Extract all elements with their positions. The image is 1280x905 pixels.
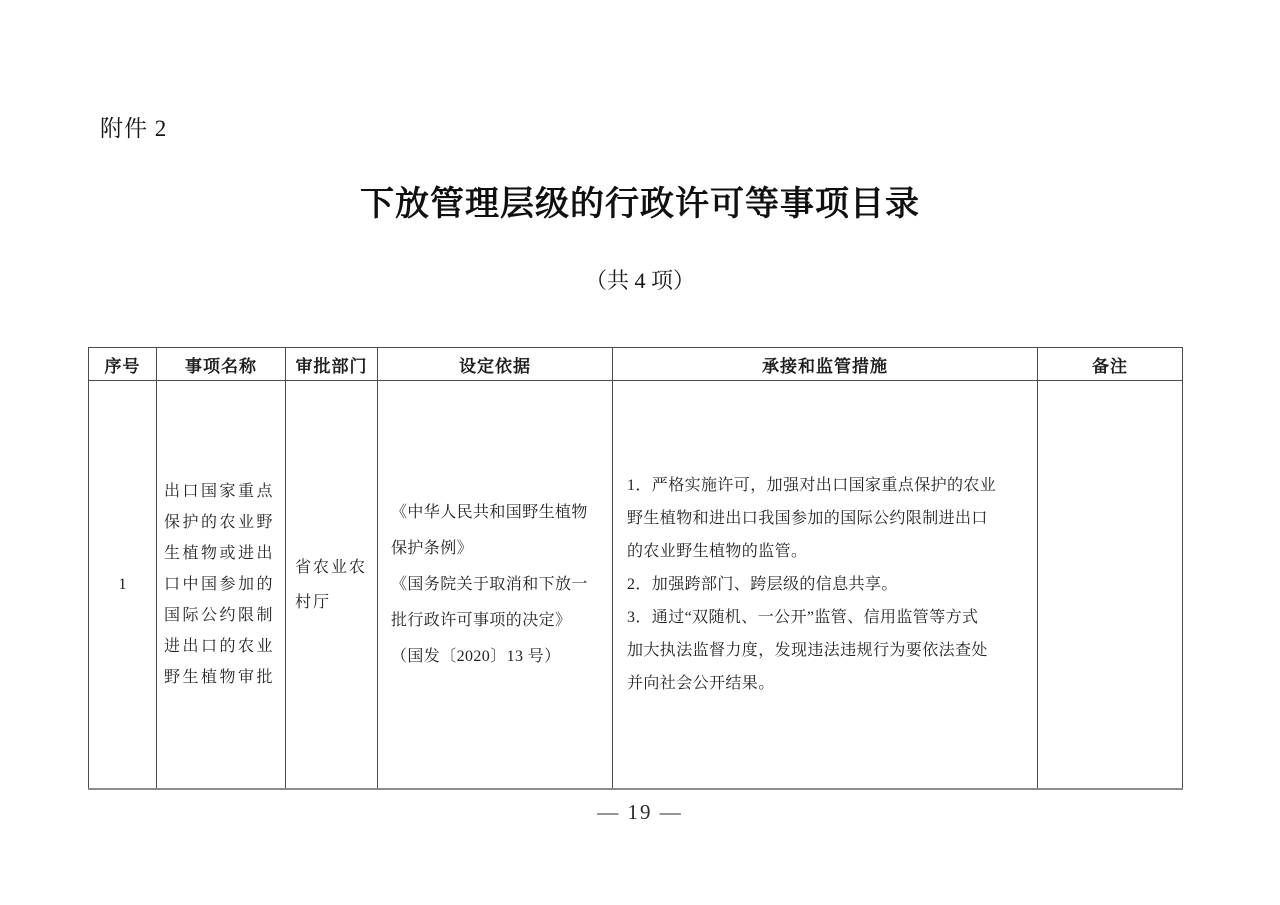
table-header-row: 序号 事项名称 审批部门 设定依据 承接和监管措施 备注 <box>89 348 1183 381</box>
header-item-name: 事项名称 <box>157 348 286 381</box>
document-page: 附件 2 下放管理层级的行政许可等事项目录 （共 4 项） 序号 事项名称 审批… <box>0 0 1280 905</box>
header-seq: 序号 <box>89 348 157 381</box>
item-count-subtitle: （共 4 项） <box>0 264 1280 295</box>
header-remarks: 备注 <box>1038 348 1183 381</box>
cell-item-name: 出口国家重点 保护的农业野 生植物或进出 口中国参加的 国际公约限制 进出口的农… <box>157 381 286 790</box>
table-row: 1 出口国家重点 保护的农业野 生植物或进出 口中国参加的 国际公约限制 进出口… <box>89 381 1183 790</box>
header-approval-dept: 审批部门 <box>286 348 378 381</box>
cell-seq: 1 <box>89 381 157 790</box>
cell-approval-dept: 省农业农 村厅 <box>286 381 378 790</box>
cell-legal-basis: 《中华人民共和国野生植物 保护条例》 《国务院关于取消和下放一 批行政许可事项的… <box>378 381 613 790</box>
page-number: — 19 — <box>0 800 1280 825</box>
cell-remarks <box>1038 381 1183 790</box>
header-legal-basis: 设定依据 <box>378 348 613 381</box>
attachment-label: 附件 2 <box>100 110 167 143</box>
catalog-table: 序号 事项名称 审批部门 设定依据 承接和监管措施 备注 1 出口国家重点 保护… <box>88 347 1183 790</box>
cell-measures: 1．严格实施许可，加强对出口国家重点保护的农业 野生植物和进出口我国参加的国际公… <box>613 381 1038 790</box>
page-title: 下放管理层级的行政许可等事项目录 <box>0 176 1280 225</box>
header-measures: 承接和监管措施 <box>613 348 1038 381</box>
